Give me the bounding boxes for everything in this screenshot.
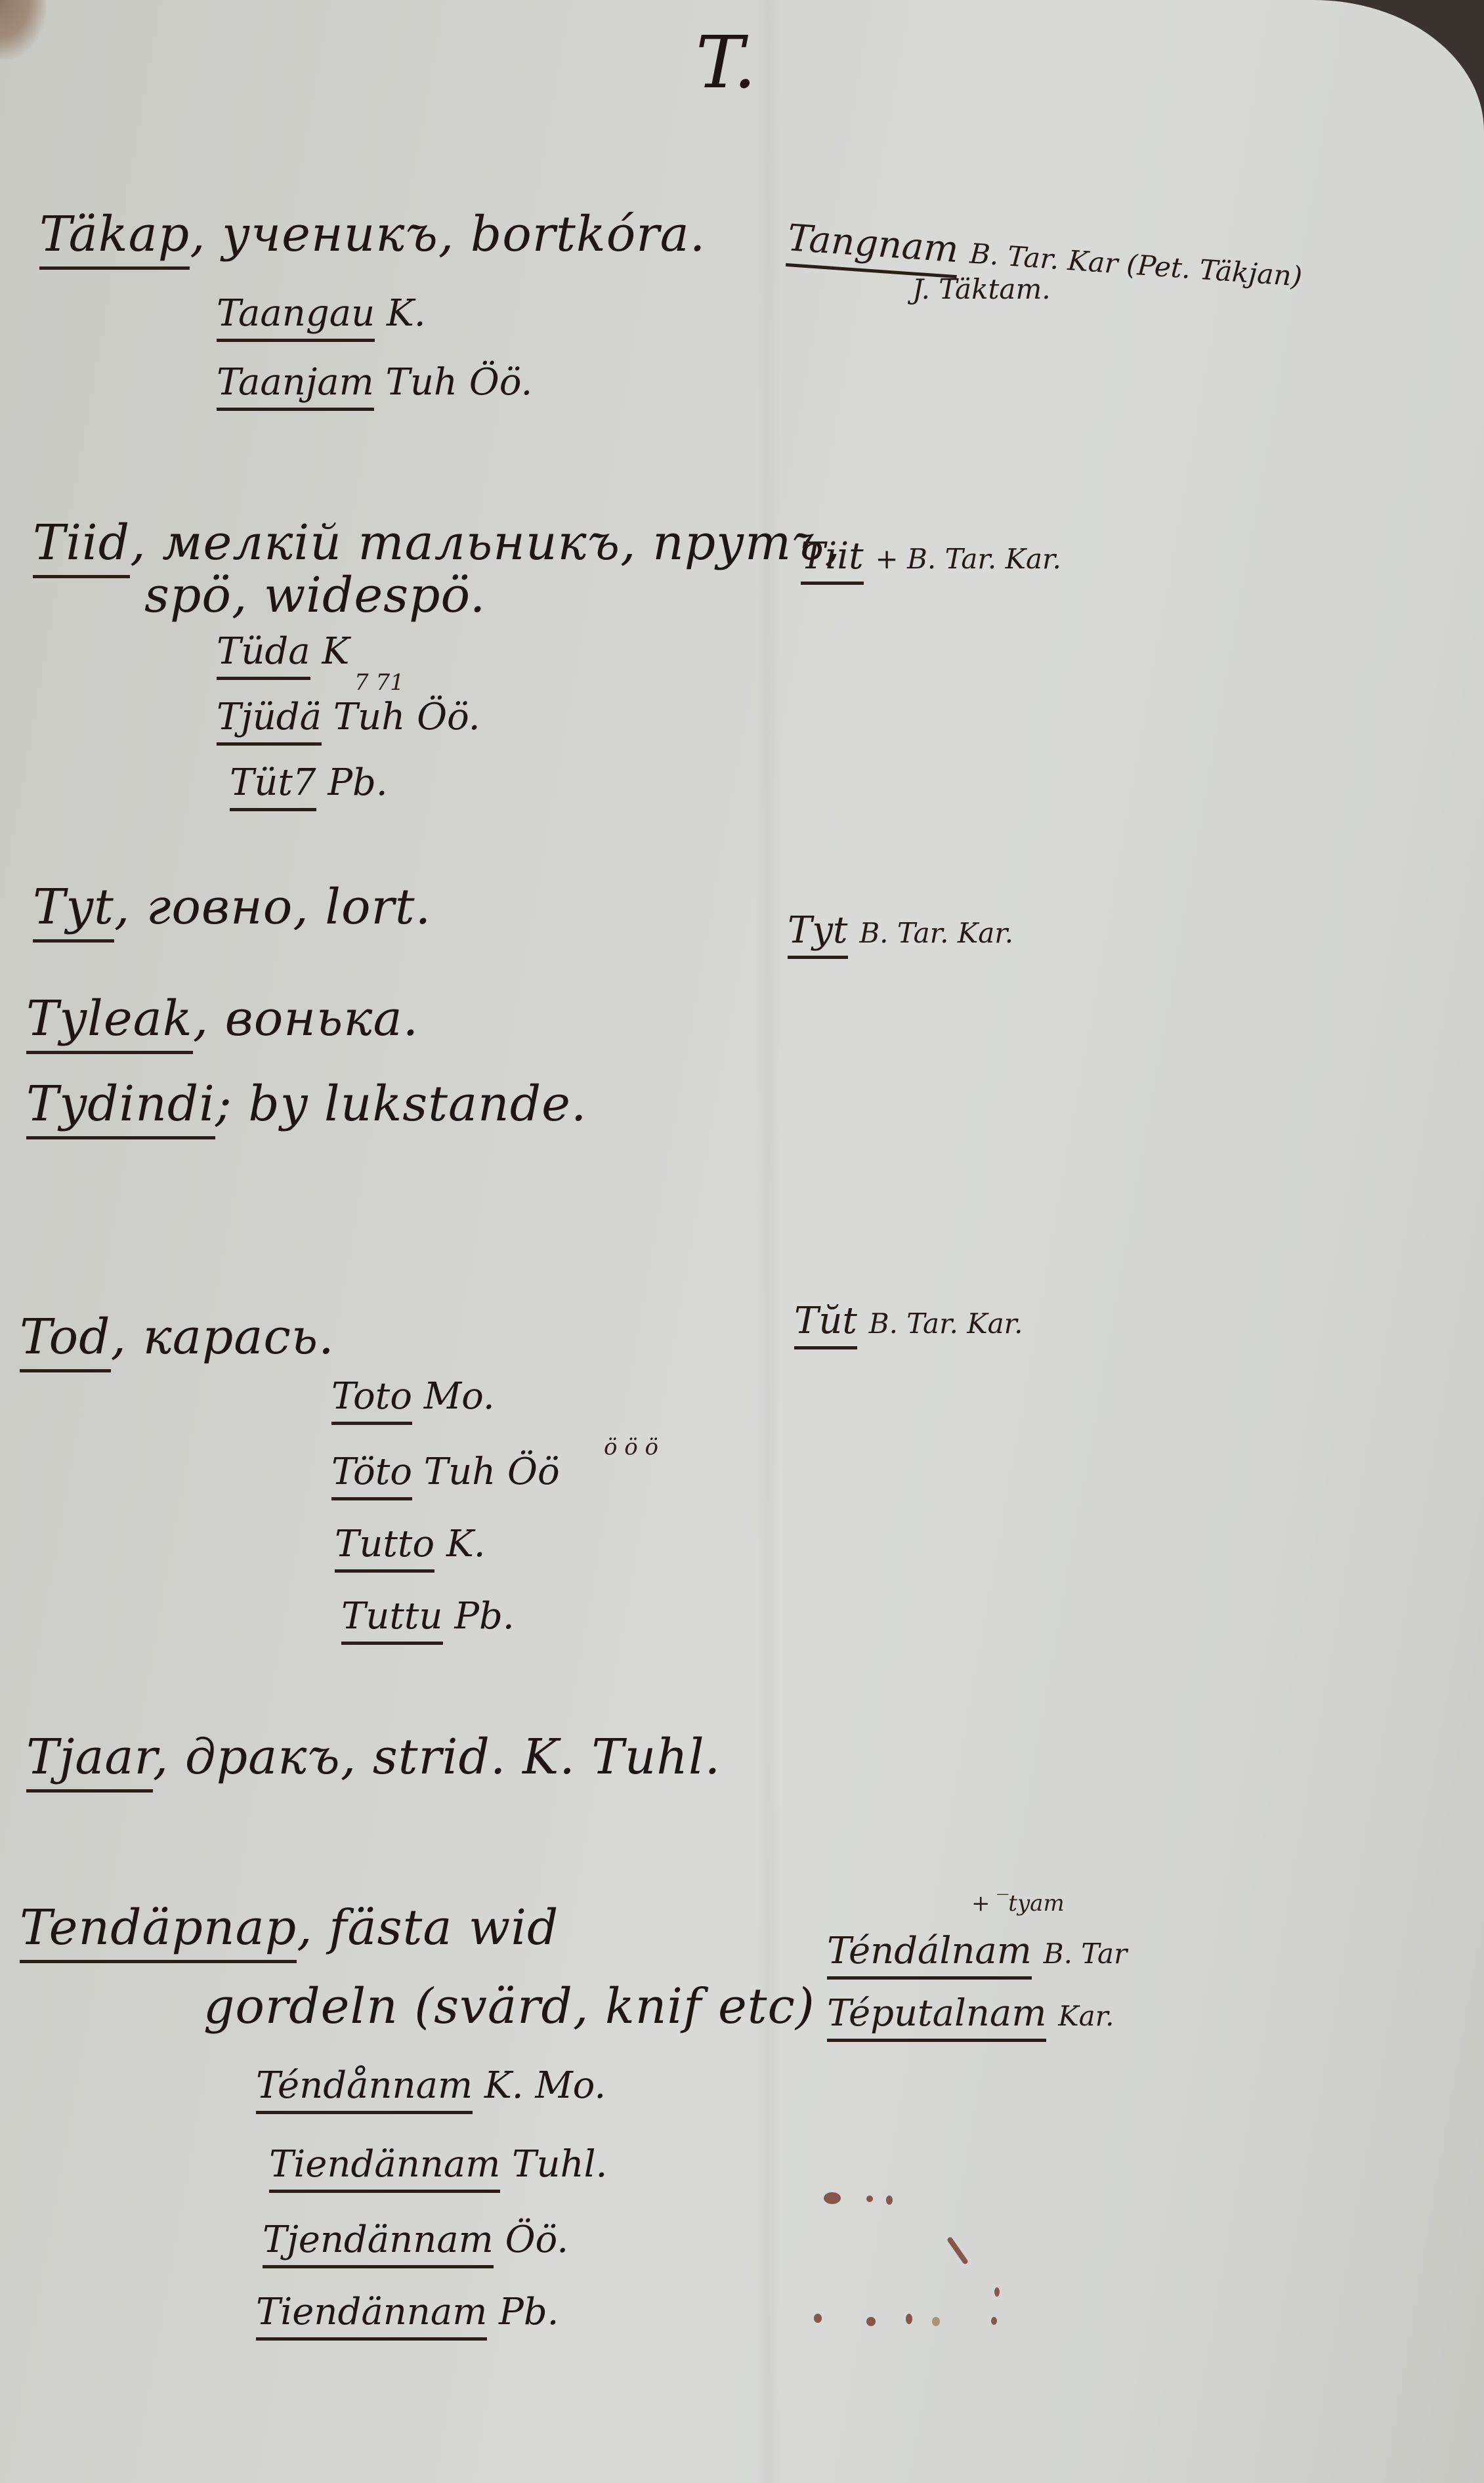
entry-tiid: Tiid, мелкій тальникъ, прутъ, <box>33 519 841 567</box>
right-superscript: + ‾tyam <box>971 1890 1065 1917</box>
page-header-letter: T. <box>696 26 756 98</box>
variant-form: Töto <box>331 1451 412 1500</box>
variant-source: Öö. <box>505 2218 568 2261</box>
gloss: , вонька. <box>193 990 419 1047</box>
entry-tod: Tod, карась. <box>20 1313 335 1361</box>
gloss: , карась. <box>111 1309 335 1365</box>
variant-line: Tüda K <box>217 633 349 670</box>
right-form: Téputalnam <box>827 1992 1046 2042</box>
gloss: , ученикъ, bortkóra. <box>190 206 706 263</box>
headword: Tod <box>20 1309 111 1372</box>
gloss: ; by lukstande. <box>215 1076 587 1132</box>
gloss-continuation: gordeln (svärd, knif etc) <box>203 1982 815 2031</box>
variant-form: Téndånnam <box>256 2064 473 2114</box>
right-form: Tŭt <box>794 1300 857 1349</box>
right-form: Téndálnam <box>827 1930 1032 1980</box>
variant-source: K. Mo. <box>484 2064 606 2107</box>
gloss: , fästa wid <box>297 1899 559 1956</box>
variant-superscript: 7 71 <box>354 669 404 696</box>
variant-form: Tuttu <box>341 1595 443 1645</box>
entry-tyt: Tyt, говно, lort. <box>33 883 431 931</box>
variant-form: Tjendännam <box>263 2218 494 2268</box>
headword: Tyleak <box>26 990 193 1054</box>
variant-form: Tüt7 <box>230 761 316 811</box>
right-source: B. Tar. Kar. <box>869 1307 1023 1340</box>
variant-source: K. <box>446 1523 486 1565</box>
variant-source: Pb. <box>454 1595 514 1638</box>
right-form: Tangnam <box>786 217 960 278</box>
variant-source: Tuh Öö. <box>386 361 533 404</box>
variant-form: Tüda <box>217 630 310 680</box>
variant-line: Tutto K. <box>335 1526 486 1563</box>
variant-line: Taanjam Tuh Öö. <box>217 364 532 401</box>
right-source: B. Tar <box>1044 1938 1127 1970</box>
variant-source: K <box>322 630 349 673</box>
variant-form: Tjüdä <box>217 696 322 746</box>
right-source: B. Tar. Kar. <box>859 917 1013 949</box>
right-source: Kar. <box>1058 2000 1114 2032</box>
variant-source: Tuhl. <box>512 2143 607 2186</box>
entry-tyleak: Tyleak, вонька. <box>26 994 419 1043</box>
variant-form: Taangau <box>217 292 375 342</box>
right-entry-teputalnam: Téputalnam Kar. <box>827 1995 1114 2032</box>
variant-superscript: ӧ ӧ ӧ <box>604 1434 658 1460</box>
variant-source: Tuh Öö. <box>333 696 480 738</box>
variant-source: K. <box>387 292 426 335</box>
variant-line: Taangau K. <box>217 295 426 332</box>
variant-line: Töto Tuh Öö <box>331 1454 560 1491</box>
variant-source: Pb. <box>499 2291 559 2333</box>
gloss-continuation: spö, widespö. <box>144 571 486 620</box>
variant-line: Tiendännam Pb. <box>256 2294 559 2331</box>
right-entry-tut: Tŭt B. Tar. Kar. <box>794 1303 1023 1340</box>
headword: Tydindi <box>26 1076 215 1139</box>
variant-form: Taanjam <box>217 361 374 411</box>
manuscript-page: T. Täkap, ученикъ, bortkóra. Taangau K. … <box>0 0 1484 2483</box>
right-form: Tiit <box>801 535 864 585</box>
gloss: , говно, lort. <box>114 879 431 935</box>
variant-source: Pb. <box>328 761 387 804</box>
right-form: Tyt <box>788 909 848 959</box>
right-entry-tendalnam: Téndálnam B. Tar <box>827 1933 1127 1970</box>
variant-line: Tjüdä Tuh Öö. <box>217 699 480 736</box>
right-source: + B. Tar. Kar. <box>876 543 1061 575</box>
variant-form: Tutto <box>335 1523 435 1573</box>
variant-line: Tiendännam Tuhl. <box>269 2146 607 2183</box>
variant-line: Tuttu Pb. <box>341 1598 515 1635</box>
headword: Tjaar <box>26 1729 153 1793</box>
right-note: J. Täktam. <box>912 276 1051 303</box>
headword: Tiid <box>33 515 130 578</box>
torn-page-corner <box>0 0 46 59</box>
variant-line: Toto Mo. <box>331 1378 495 1415</box>
variant-form: Toto <box>331 1375 412 1425</box>
right-entry-tyt: Tyt B. Tar. Kar. <box>788 912 1013 949</box>
entry-takap: Täkap, ученикъ, bortkóra. <box>39 210 706 259</box>
variant-source: Tuh Öö <box>424 1451 560 1493</box>
variant-line: Tjendännam Öö. <box>263 2222 568 2259</box>
headword: Täkap <box>39 206 190 270</box>
entry-tjaar: Tjaar, дракъ, strid. K. Tuhl. <box>26 1733 721 1781</box>
variant-form: Tiendännam <box>269 2143 500 2193</box>
variant-line: Tüt7 Pb. <box>230 765 388 801</box>
entry-tendapnap: Tendäpnap, fästa wid <box>20 1903 559 1952</box>
right-entry-tiit: Tiit + B. Tar. Kar. <box>801 538 1061 575</box>
entry-tydindi: Tydindi; by lukstande. <box>26 1080 587 1128</box>
variant-form: Tiendännam <box>256 2291 487 2341</box>
gloss: , мелкій тальникъ, прутъ, <box>130 515 841 571</box>
headword: Tendäpnap <box>20 1899 297 1963</box>
variant-source: Mo. <box>424 1375 495 1418</box>
headword: Tyt <box>33 879 114 943</box>
variant-line: Téndånnam K. Mo. <box>256 2068 606 2104</box>
gloss: , дракъ, strid. K. Tuhl. <box>153 1729 721 1785</box>
